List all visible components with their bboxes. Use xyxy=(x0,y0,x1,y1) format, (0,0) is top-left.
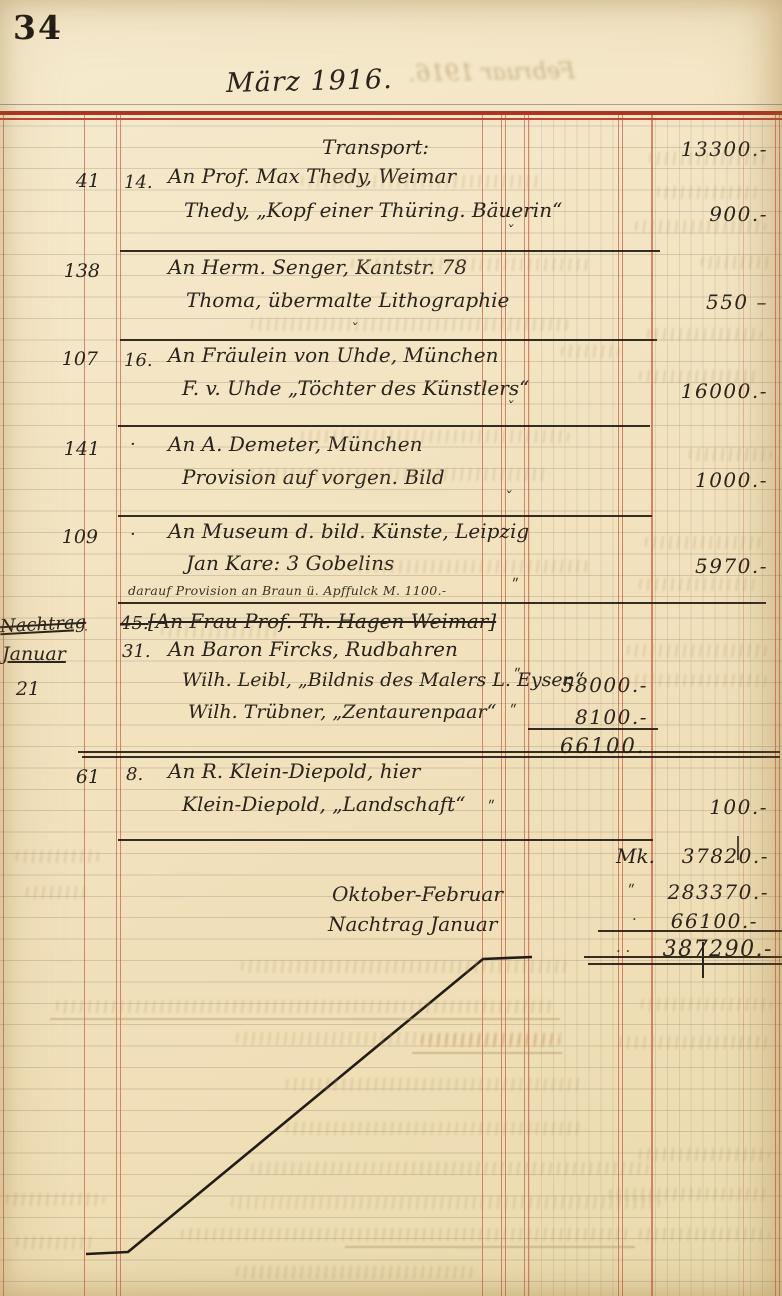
summary-amount: 66100.- xyxy=(638,911,758,932)
cancelled-day: 45. xyxy=(120,615,149,634)
entry-no: 138 xyxy=(42,262,100,282)
quote-mark: ʺ xyxy=(510,704,517,720)
nachtrag-item-text: Wilh. Trübner, „Zentaurenpaar“ xyxy=(188,703,496,723)
nachtrag-no: 21 xyxy=(0,680,40,700)
column-line xyxy=(775,111,776,1296)
entry-line2: Thedy, „Kopf einer Thüring. Bäuerin“ xyxy=(184,200,562,221)
nachtrag-item-amount: 8100.- xyxy=(532,707,648,728)
nachtrag-item-amount: 58000.- xyxy=(532,675,648,696)
ledger-page: 34 März 1916. Februar 1916. Transport: 1… xyxy=(0,0,782,1296)
quote-mark: ˇ xyxy=(506,400,514,416)
column-line xyxy=(651,111,653,1296)
cancelled-text: [An Frau Prof. Th. Hagen Weimar] xyxy=(148,611,496,632)
entry-amount: 1000.- xyxy=(642,470,768,491)
section-divider xyxy=(118,515,652,517)
entry-line2: Thoma, übermalte Lithographie xyxy=(186,290,509,311)
entry-amount: 900.- xyxy=(642,204,768,225)
quote-mark: ˇ xyxy=(504,490,512,506)
transport-amount: 13300.- xyxy=(642,139,768,160)
column-line xyxy=(116,111,117,1296)
entry-no: 141 xyxy=(42,440,100,460)
subtotal-underline xyxy=(528,728,658,730)
section-divider xyxy=(118,425,650,427)
ink-tick xyxy=(702,942,704,978)
entry-line2: Jan Kare: 3 Gobelins xyxy=(186,553,394,574)
column-line xyxy=(84,111,85,1296)
entry-line1: An Fräulein von Uhde, München xyxy=(168,345,499,366)
entry-line2: Provision auf vorgen. Bild xyxy=(182,467,445,488)
entry-line2: F. v. Uhde „Töchter des Künstlers“ xyxy=(182,378,529,399)
quote-mark: ʺ xyxy=(488,800,495,816)
entry-day: 16. xyxy=(124,352,153,371)
quote-mark: ˇ xyxy=(350,322,358,338)
column-line xyxy=(618,111,619,1296)
bleedthrough-title: Februar 1916. xyxy=(380,58,575,87)
nachtrag-item-text: Wilh. Leibl, „Bildnis des Malers L. Eyse… xyxy=(182,671,585,691)
column-line xyxy=(622,111,623,1296)
column-line xyxy=(524,111,525,1296)
header-hairline xyxy=(0,104,782,105)
quote-mark: ʺ xyxy=(512,578,519,594)
nachtrag-line1: An Baron Fircks, Rudbahren xyxy=(168,639,458,660)
entry-amount: 100.- xyxy=(642,797,768,818)
pfennig-line xyxy=(743,111,744,1296)
column-line xyxy=(779,111,780,1296)
quote-mark: ˇ xyxy=(506,224,514,240)
entry-note: darauf Provision an Braun ü. Apffulck M.… xyxy=(128,584,446,597)
entry-line1: An Herm. Senger, Kantstr. 78 xyxy=(168,257,467,278)
summary-total-underline xyxy=(584,956,782,958)
entry-no: 41 xyxy=(42,172,100,192)
entry-day: · xyxy=(130,436,136,455)
entry-day: · xyxy=(130,526,136,545)
entry-no: 107 xyxy=(40,350,98,370)
column-line xyxy=(528,111,529,1296)
column-line xyxy=(120,111,121,1296)
summary-amount: 37820.- xyxy=(645,846,769,867)
header-rule-bottom xyxy=(0,118,782,120)
entry-amount: 550 – xyxy=(642,292,768,313)
quote-mark: ʺ xyxy=(514,668,521,684)
entry-line1: An Prof. Max Thedy, Weimar xyxy=(168,166,456,187)
summary-amount: 283370.- xyxy=(645,882,769,903)
entry-line2: Klein-Diepold, „Landschaft“ xyxy=(182,794,465,815)
entry-amount: 16000.- xyxy=(642,381,768,402)
section-divider-double xyxy=(82,756,780,758)
page-number: 34 xyxy=(13,8,63,47)
section-divider-double xyxy=(78,751,780,753)
entry-day: 8. xyxy=(126,766,143,785)
column-line xyxy=(3,111,4,1296)
entry-line1: An A. Demeter, München xyxy=(168,434,423,455)
summary-underline xyxy=(598,930,782,932)
entry-day: 14. xyxy=(124,174,153,193)
summary-label: Nachtrag Januar xyxy=(328,914,497,935)
section-divider xyxy=(120,250,660,252)
nachtrag-subtotal: 66100. xyxy=(560,735,645,757)
ink-tick xyxy=(737,836,739,860)
summary-label: Oktober-Februar xyxy=(332,884,503,905)
header-rule-top xyxy=(0,111,782,115)
summary-total-underline xyxy=(588,963,782,965)
summary-unit: · xyxy=(632,912,637,928)
section-divider xyxy=(118,839,653,841)
entry-no: 109 xyxy=(40,528,98,548)
section-divider xyxy=(120,339,657,341)
nachtrag-day: 31. xyxy=(122,643,151,662)
section-divider xyxy=(118,602,766,604)
entry-line1: An R. Klein-Diepold, hier xyxy=(168,761,420,782)
nachtrag-month-label: Januar xyxy=(2,645,66,665)
entry-no: 61 xyxy=(42,768,100,788)
transport-label: Transport: xyxy=(322,137,429,158)
summary-unit: ʺ xyxy=(628,884,635,900)
entry-line1: An Museum d. bild. Künste, Leipzig xyxy=(168,521,529,542)
page-title: März 1916. xyxy=(226,64,393,99)
entry-amount: 5970.- xyxy=(642,556,768,577)
